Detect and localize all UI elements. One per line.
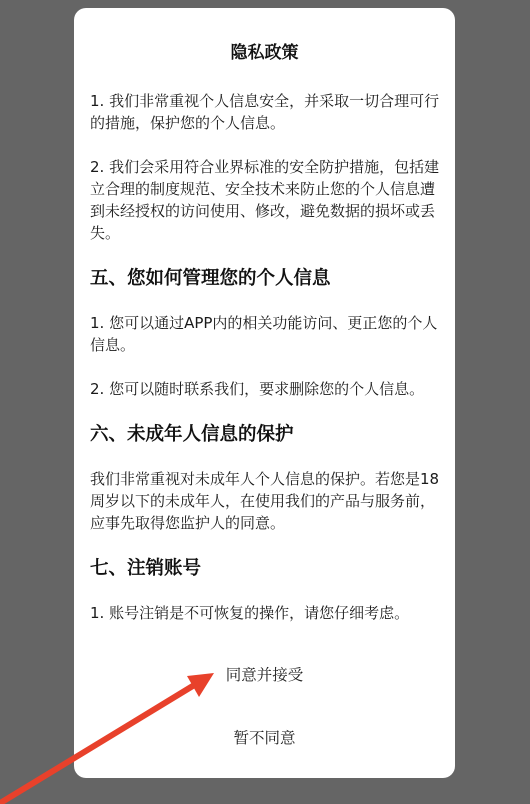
section-heading: 七、注销账号 (90, 556, 441, 582)
policy-paragraph: 1. 我们非常重视个人信息安全，并采取一切合理可行的措施，保护您的个人信息。 (90, 90, 441, 134)
section-heading: 五、您如何管理您的个人信息 (90, 266, 441, 292)
policy-paragraph: 我们非常重视对未成年人个人信息的保护。若您是18周岁以下的未成年人，在使用我们的… (90, 468, 441, 534)
decline-button[interactable]: 暂不同意 (74, 726, 455, 750)
policy-paragraph: 2. 我们会采用符合业界标准的安全防护措施，包括建立合理的制度规范、安全技术来防… (90, 156, 441, 244)
policy-paragraph: 1. 您可以通过APP内的相关功能访问、更正您的个人信息。 (90, 312, 441, 356)
policy-content-scroll[interactable]: 1. 我们非常重视个人信息安全，并采取一切合理可行的措施，保护您的个人信息。 2… (90, 90, 441, 640)
dialog-title: 隐私政策 (74, 41, 455, 65)
policy-paragraph: 2. 您可以随时联系我们，要求删除您的个人信息。 (90, 378, 441, 400)
privacy-policy-dialog: 隐私政策 1. 我们非常重视个人信息安全，并采取一切合理可行的措施，保护您的个人… (74, 8, 455, 778)
agree-button[interactable]: 同意并接受 (74, 663, 455, 687)
section-heading: 六、未成年人信息的保护 (90, 422, 441, 448)
policy-paragraph: 1. 账号注销是不可恢复的操作，请您仔细考虑。 (90, 602, 441, 624)
